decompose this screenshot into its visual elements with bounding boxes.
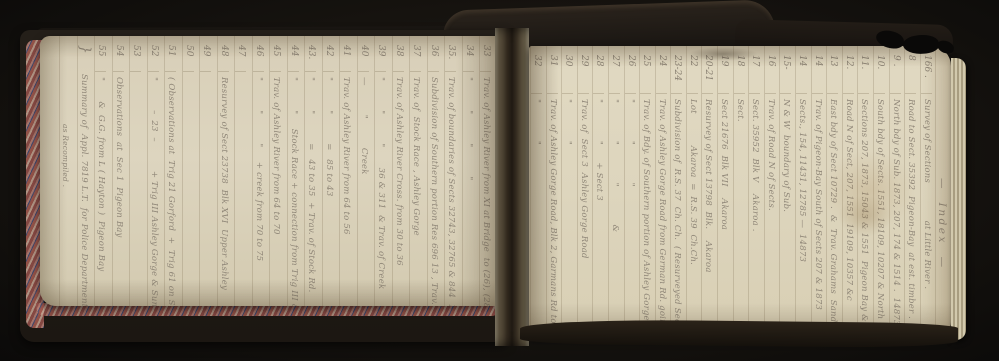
- book-gutter: [495, 28, 529, 346]
- page-stain: [838, 195, 892, 237]
- page-shading: [40, 36, 497, 306]
- page-smudge: [688, 47, 758, 61]
- bottom-page-shadow: [520, 319, 958, 349]
- photo-background: 33 Trav. of Ashley River from XI at Brid…: [0, 0, 999, 361]
- page-stack-edge: [951, 58, 966, 340]
- left-page: 33 Trav. of Ashley River from XI at Brid…: [40, 36, 497, 306]
